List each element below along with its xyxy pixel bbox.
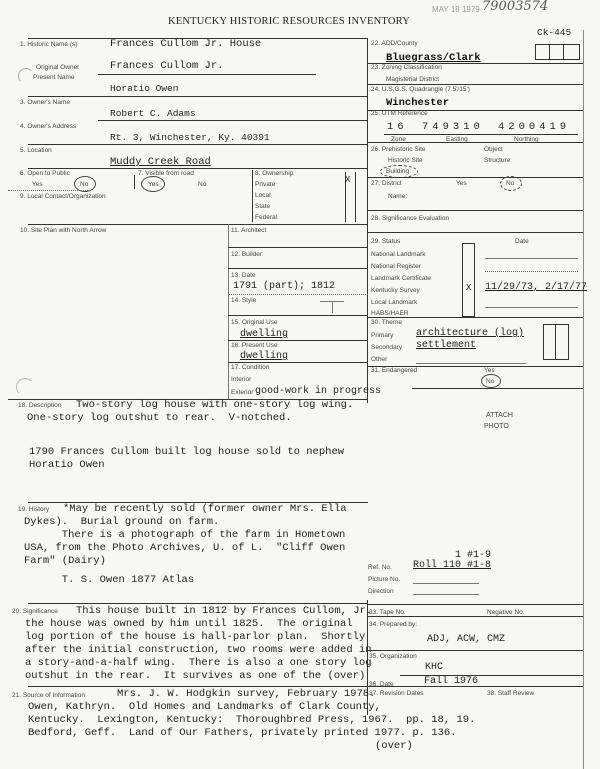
local-contact-label: 9. Local Contact/Organization [20, 193, 106, 200]
divider [28, 686, 368, 687]
received-date-stamp: MAY 18 1979 [432, 5, 480, 14]
divider [367, 650, 583, 651]
theme-primary-value[interactable]: architecture (log) [416, 328, 524, 339]
description-line: 1790 Frances Cullom built log house sold… [29, 446, 344, 459]
source-line: Kentucky. Lexington, Kentucky: Thoroughb… [28, 714, 475, 727]
column-divider [367, 38, 368, 403]
historic-name-value[interactable]: Frances Cullom Jr. House [110, 38, 261, 50]
divider [28, 603, 368, 604]
object-option[interactable]: Object [484, 146, 503, 153]
description-line: Horatio Owen [29, 459, 105, 472]
divider [134, 175, 135, 189]
location-label: 5. Location [20, 147, 52, 154]
status-landmark-certificate: Landmark Certificate [371, 275, 431, 282]
present-use-label: 16. Present Use [231, 342, 278, 349]
open-to-public-yes[interactable]: Yes [32, 181, 43, 188]
description-label: 18. Description [18, 402, 61, 409]
utm-northing-value[interactable]: 4200419 [498, 121, 570, 133]
selection-circle-no [500, 176, 522, 191]
divider [28, 168, 368, 169]
attach-photo-line2: PHOTO [484, 423, 509, 430]
status-kentucky-survey: Kentucky Survey [371, 287, 420, 294]
site-plan-label: 10. Site Plan with North Arrow [20, 227, 106, 234]
utm-easting-value[interactable]: 749310 [422, 121, 484, 133]
divider [252, 170, 253, 222]
date-label: 13. Date [231, 272, 256, 279]
historic-site-option[interactable]: Historic Site [388, 157, 423, 164]
historic-name-label: 1. Historic Name (s) [20, 41, 77, 48]
condition-interior-label: Interior [231, 376, 251, 383]
prepared-by-value[interactable]: ADJ, ACW, CMZ [427, 634, 505, 645]
add-county-label: 22. ADD/County [371, 40, 418, 47]
revision-dates-label: 37. Revision Dates [369, 690, 424, 697]
prepared-by-label: 34. Prepared by: [369, 621, 417, 628]
divider [228, 247, 368, 248]
original-use-label: 15. Original Use [231, 319, 278, 326]
significance-line: This house built in 1812 by Frances Cull… [76, 605, 372, 618]
punch-hole-mark [16, 378, 34, 396]
divider [367, 616, 583, 617]
divider [367, 232, 583, 233]
status-checkbox-column[interactable] [462, 243, 475, 317]
kentucky-survey-mark: X [466, 283, 471, 293]
divider [228, 340, 368, 341]
significance-evaluation-label: 28. Significance Evaluation [371, 215, 449, 222]
source-over: (over) [375, 740, 413, 753]
structure-option[interactable]: Structure [484, 157, 510, 164]
source-line: Bedford, Geff. Land of Our Fathers, priv… [28, 727, 456, 740]
district-yes[interactable]: Yes [456, 180, 467, 187]
history-line: Farm" (Dairy) [24, 555, 106, 568]
style-tick [332, 301, 333, 313]
divider [384, 134, 578, 135]
right-edge [583, 30, 584, 769]
ref-no-value[interactable]: Roll 110 #1-8 [413, 560, 491, 571]
source-line: Mrs. J. W. Hodgkin survey, February 1978… [117, 688, 375, 701]
present-name-value[interactable]: Horatio Owen [110, 83, 178, 94]
prehistoric-site-label: 26. Prehistoric Site [371, 146, 426, 153]
date-value[interactable]: 1791 (part); 1812 [233, 281, 335, 292]
significance-line: after the initial construction, two room… [25, 644, 372, 657]
staff-review-label: 38. Staff Review [487, 690, 534, 697]
status-national-register: National Register [371, 263, 421, 270]
divider [367, 317, 583, 318]
significance-line: the house was owned by him until 1825. T… [25, 618, 353, 631]
other-line [416, 363, 526, 364]
source-line: Owen, Kathryn. Old Homes and Landmarks o… [28, 701, 381, 714]
divider [28, 96, 368, 97]
status-date-label: Date [515, 238, 529, 245]
selection-circle-no [481, 374, 501, 388]
district-name-label: Name: [388, 193, 407, 200]
utm-zone-value[interactable]: 16 [387, 121, 408, 133]
status-national-landmark: National Landmark [371, 251, 426, 258]
original-owner-label: Original Owner [36, 64, 79, 71]
divider [98, 120, 368, 121]
direction-line [413, 594, 479, 595]
box-divider [555, 324, 556, 359]
significance-label: 20. Significance [12, 608, 58, 615]
theme-code-boxes[interactable] [543, 324, 569, 360]
theme-other-label: Other [371, 356, 387, 363]
builder-label: 12. Builder [231, 251, 262, 258]
divider [367, 177, 583, 178]
style-label: 14. Style [231, 297, 256, 304]
original-owner-value[interactable]: Frances Cullom Jr. [110, 60, 223, 72]
significance-line: log portion of the house is hall-parlor … [25, 631, 365, 644]
attach-photo-line1: ATTACH [486, 412, 513, 419]
district-label: 27. District [371, 180, 402, 187]
endangered-yes[interactable]: Yes [484, 367, 495, 374]
status-label: 29. Status [371, 238, 400, 245]
usgs-quad-value[interactable]: Winchester [386, 97, 449, 109]
location-value[interactable]: Muddy Creek Road [110, 156, 211, 168]
divider [98, 74, 316, 75]
county-code-boxes[interactable] [535, 44, 580, 60]
present-use-value[interactable]: dwelling [240, 351, 288, 362]
divider [228, 268, 368, 269]
divider [228, 294, 368, 295]
direction-label: Direction [368, 588, 394, 595]
ownership-federal[interactable]: Federal [255, 214, 277, 221]
divider [367, 142, 583, 143]
divider [367, 604, 583, 605]
present-name-label: Present Name [33, 74, 75, 81]
ownership-label: 8. Ownership [255, 170, 293, 177]
theme-secondary-label: Secondary [371, 344, 402, 351]
tape-no-label: 33. Tape No. [369, 609, 406, 616]
theme-label: 30. Theme [371, 319, 402, 326]
divider [228, 224, 229, 399]
negative-no-label: Negative No. [487, 609, 525, 616]
magisterial-district-label: Magisterial District [386, 76, 439, 83]
form-id: Ck-445 [537, 27, 571, 38]
date-line [485, 307, 578, 308]
condition-exterior-value[interactable]: good-work in progress [255, 386, 381, 397]
box-divider [563, 44, 564, 59]
punch-hole-mark [18, 68, 34, 84]
ownership-private[interactable]: Private [255, 181, 275, 188]
open-to-public-label: 6. Open to Public [20, 170, 70, 177]
status-habs-haer: HABS/HAER [371, 310, 409, 317]
source-label: 21. Source of Information [12, 692, 85, 699]
ref-no-label: Ref. No. [368, 564, 392, 571]
history-line: USA, from the Photo Archives, U. of L. "… [24, 542, 345, 555]
kentucky-survey-date[interactable]: 11/29/73, 2/17/77 [485, 282, 587, 293]
divider [228, 362, 368, 363]
divider [8, 190, 88, 191]
date-line [485, 258, 578, 259]
date-line [485, 271, 578, 272]
condition-exterior-label: Exterior [231, 389, 253, 396]
owners-address-value[interactable]: Rt. 3, Winchester, Ky. 40391 [110, 132, 270, 143]
picture-no-line [413, 583, 479, 584]
handwritten-reference-number: 79003574 [482, 0, 548, 14]
condition-label: 17. Condition [231, 364, 269, 371]
owners-address-label: 4. Owner's Address [20, 123, 76, 130]
architect-label: 11. Architect [231, 227, 266, 234]
picture-no-label: Picture No. [368, 576, 400, 583]
form-title: KENTUCKY HISTORIC RESOURCES INVENTORY [168, 16, 410, 27]
status-local-landmark: Local Landmark [371, 299, 417, 306]
history-label: 19. History [18, 506, 49, 513]
divider [28, 224, 368, 225]
owners-name-value[interactable]: Robert C. Adams [110, 108, 196, 119]
ownership-mark: X [345, 175, 350, 185]
zoning-label: 23. Zoning Classification [371, 64, 442, 71]
endangered-label: 31. Endangered [371, 367, 417, 374]
history-line: *May be recently sold (former owner Mrs.… [63, 503, 347, 516]
divider [412, 388, 583, 389]
organization-label: 35. Organization [369, 653, 417, 660]
visible-from-road-no[interactable]: No [198, 181, 206, 188]
organization-value[interactable]: KHC [425, 662, 443, 673]
utm-reference-label: 25. UTM Reference [371, 110, 428, 117]
ownership-state[interactable]: State [255, 203, 270, 210]
description-line: One-story log outshut to rear. V-notched… [27, 412, 292, 425]
original-use-value[interactable]: dwelling [240, 329, 288, 340]
selection-circle-yes [141, 176, 165, 192]
significance-line: a story-and-a-half wing. There is also a… [25, 657, 372, 670]
divider [28, 144, 368, 145]
usgs-quad-label: 24. U.S.G.S. Quadrangle (7.5'/15') [371, 86, 470, 93]
history-line: Dykes). Burial ground on farm. [24, 516, 219, 529]
description-line: Two-story log house with one-story log w… [76, 399, 353, 412]
ownership-local[interactable]: Local [255, 192, 271, 199]
box-divider [549, 44, 550, 59]
theme-primary-label: Primary [371, 332, 393, 339]
history-line: There is a photograph of the farm in Hom… [24, 529, 345, 542]
divider [367, 84, 583, 85]
theme-secondary-value[interactable]: settlement [416, 340, 476, 351]
owners-name-label: 3. Owner's Name [20, 99, 70, 106]
divider [367, 686, 583, 687]
history-line: T. S. Owen 1877 Atlas [24, 574, 194, 587]
divider [367, 210, 583, 211]
significance-line: outshut in the rear. It survives as one … [25, 670, 365, 683]
divider [228, 315, 368, 316]
